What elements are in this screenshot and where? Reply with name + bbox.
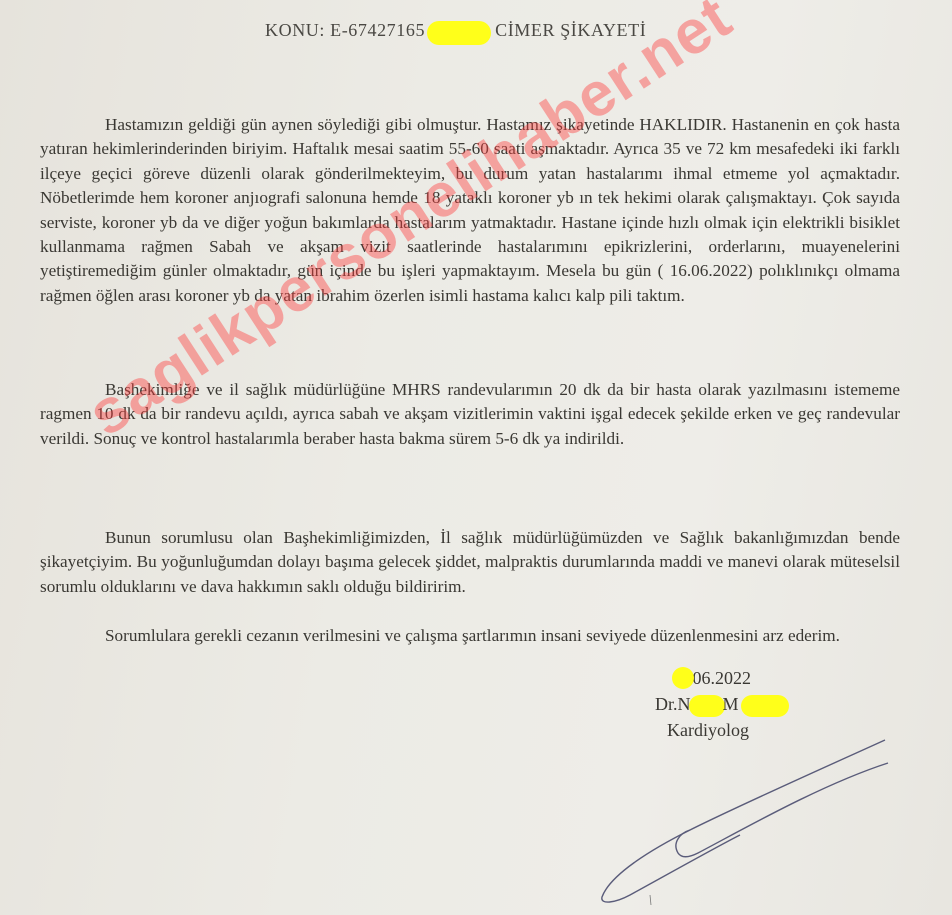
handwritten-signature xyxy=(590,735,890,905)
paragraph-complaint-details: Hastamızın geldiği gün aynen söylediği g… xyxy=(40,113,900,308)
redaction-mark xyxy=(741,695,789,717)
paragraph-request: Sorumlulara gerekli cezanın verilmesini … xyxy=(40,624,900,648)
paragraph-text: Bunun sorumlusu olan Başhekimliğimizden,… xyxy=(40,526,900,599)
paragraph-text: Hastamızın geldiği gün aynen söylediği g… xyxy=(40,113,900,308)
redaction-mark xyxy=(689,695,725,717)
name-initial: Dr.N xyxy=(655,694,691,714)
signer-name: Dr.NM xyxy=(655,694,789,717)
date-text: .06.2022 xyxy=(688,668,751,688)
paragraph-text: Sorumlulara gerekli cezanın verilmesini … xyxy=(40,624,900,648)
redaction-mark xyxy=(427,21,491,45)
letter-subject: KONU: E-67427165CİMER ŞİKAYETİ xyxy=(265,20,646,43)
paragraph-text: Başhekimliğe ve il sağlık müdürlüğüne MH… xyxy=(40,378,900,451)
subject-reference: KONU: E-67427165 xyxy=(265,20,425,40)
redaction-mark xyxy=(672,667,694,689)
surname-initial: M xyxy=(723,694,739,714)
paragraph-responsibility: Bunun sorumlusu olan Başhekimliğimizden,… xyxy=(40,526,900,599)
scanned-letter-page: KONU: E-67427165CİMER ŞİKAYETİ Hastamızı… xyxy=(0,0,952,915)
signature-date: .06.2022 xyxy=(672,668,751,691)
subject-title: CİMER ŞİKAYETİ xyxy=(495,20,646,40)
paragraph-mhrs-appointments: Başhekimliğe ve il sağlık müdürlüğüne MH… xyxy=(40,378,900,451)
